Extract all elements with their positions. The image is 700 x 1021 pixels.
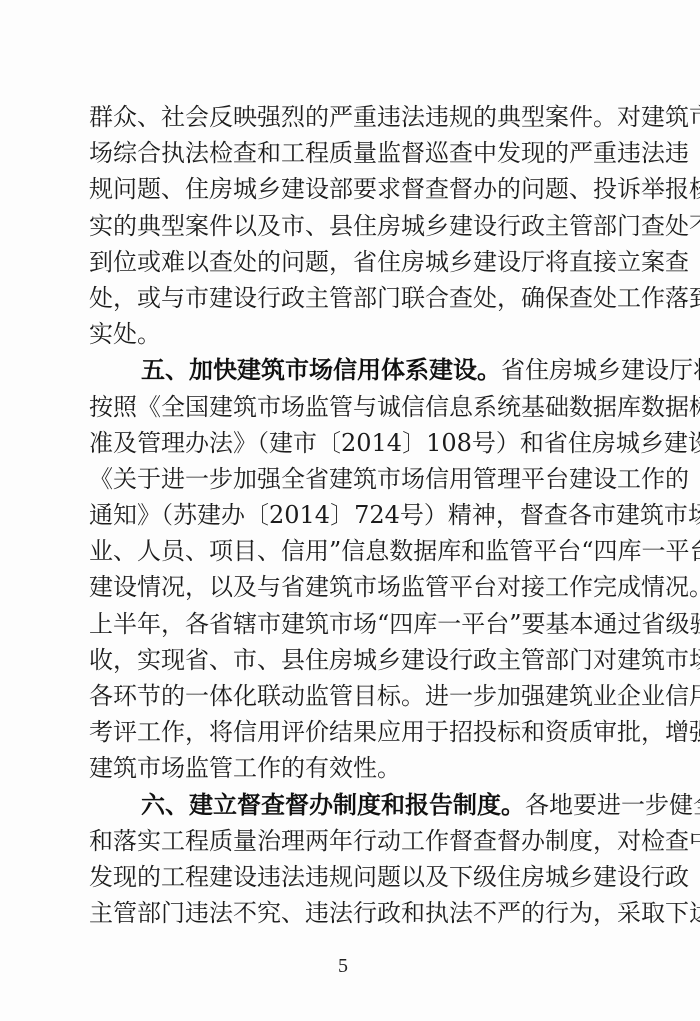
section-5-line: 五、加快建筑市场信用体系建设。省住房城乡建设厅将: [89, 352, 593, 388]
text-line: 考评工作，将信用评价结果应用于招投标和资质审批，增强: [89, 714, 593, 750]
text-line: 建筑市场监管工作的有效性。: [89, 750, 593, 786]
page-number: 5: [0, 955, 686, 978]
document-body: 群众、社会反映强烈的严重违法违规的典型案件。对建筑市 场综合执法检查和工程质量监…: [89, 99, 593, 931]
section-heading-5: 五、加快建筑市场信用体系建设。: [141, 356, 501, 384]
text-line: 规问题、住房城乡建设部要求督查督办的问题、投诉举报核: [89, 171, 593, 207]
text-line: 实处。: [89, 316, 593, 352]
text-line: 准及管理办法》（建市〔2014〕108号）和省住房城乡建设厅: [89, 425, 593, 461]
text-line: 群众、社会反映强烈的严重违法违规的典型案件。对建筑市: [89, 99, 593, 135]
text-line: 处，或与市建设行政主管部门联合查处，确保查处工作落到: [89, 280, 593, 316]
text-line: 上半年，各省辖市建筑市场“四库一平台”要基本通过省级验: [89, 606, 593, 642]
text-line: 按照《全国建筑市场监管与诚信信息系统基础数据库数据标: [89, 389, 593, 425]
text-line: 主管部门违法不究、违法行政和执法不严的行为，采取下达: [89, 895, 593, 931]
section-5-text: 省住房城乡建设厅将: [501, 356, 700, 384]
text-line: 建设情况，以及与省建筑市场监管平台对接工作完成情况。: [89, 569, 593, 605]
section-6-text: 各地要进一步健全: [525, 791, 700, 819]
text-line: 通知》（苏建办〔2014〕724号）精神，督查各市建筑市场“企: [89, 497, 593, 533]
text-line: 《关于进一步加强全省建筑市场信用管理平台建设工作的: [89, 461, 593, 497]
document-page: 群众、社会反映强烈的严重违法违规的典型案件。对建筑市 场综合执法检查和工程质量监…: [0, 0, 700, 1021]
section-6-line: 六、建立督查督办制度和报告制度。各地要进一步健全: [89, 787, 593, 823]
text-line: 各环节的一体化联动监管目标。进一步加强建筑业企业信用: [89, 678, 593, 714]
text-line: 业、人员、项目、信用”信息数据库和监管平台“四库一平台”: [89, 533, 593, 569]
text-line: 发现的工程建设违法违规问题以及下级住房城乡建设行政: [89, 859, 593, 895]
text-line: 实的典型案件以及市、县住房城乡建设行政主管部门查处不: [89, 208, 593, 244]
text-line: 到位或难以查处的问题，省住房城乡建设厅将直接立案查: [89, 244, 593, 280]
text-line: 场综合执法检查和工程质量监督巡查中发现的严重违法违: [89, 135, 593, 171]
section-heading-6: 六、建立督查督办制度和报告制度。: [141, 791, 525, 819]
text-line: 收，实现省、市、县住房城乡建设行政主管部门对建筑市场: [89, 642, 593, 678]
text-line: 和落实工程质量治理两年行动工作督查督办制度，对检查中: [89, 823, 593, 859]
